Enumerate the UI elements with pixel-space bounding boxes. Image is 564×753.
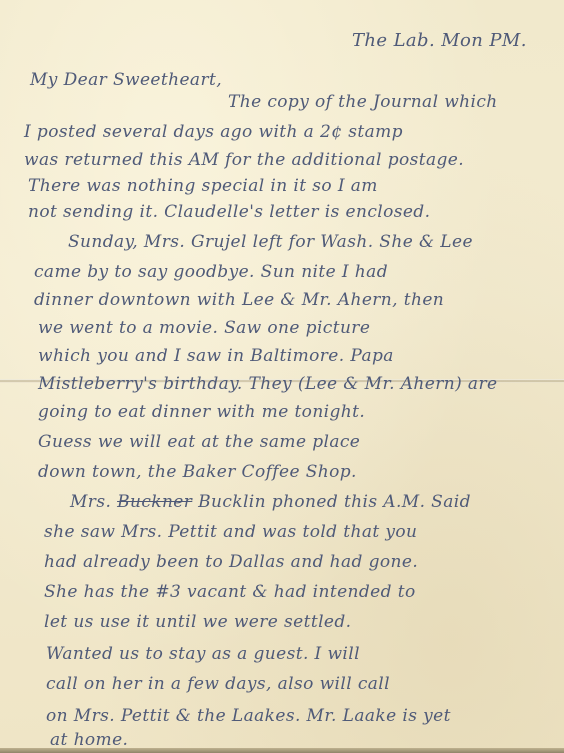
letter-line: Mistleberry's birthday. They (Lee & Mr. … — [38, 374, 497, 394]
letter-salutation: My Dear Sweetheart, — [30, 70, 222, 90]
letter-line: on Mrs. Pettit & the Laakes. Mr. Laake i… — [46, 706, 451, 726]
letter-line: at home. — [50, 730, 128, 750]
paper-bottom-edge — [0, 748, 564, 753]
letter-line: Sunday, Mrs. Grujel left for Wash. She &… — [68, 232, 473, 252]
letter-line: down town, the Baker Coffee Shop. — [38, 462, 357, 482]
letter-line: she saw Mrs. Pettit and was told that yo… — [44, 522, 417, 542]
letter-line: let us use it until we were settled. — [44, 612, 351, 632]
letter-line: we went to a movie. Saw one picture — [38, 318, 370, 338]
letter-line: was returned this AM for the additional … — [24, 150, 464, 170]
letter-line: Wanted us to stay as a guest. I will — [46, 644, 360, 664]
letter-line: call on her in a few days, also will cal… — [46, 674, 390, 694]
letter-line: not sending it. Claudelle's letter is en… — [28, 202, 430, 222]
letter-line: dinner downtown with Lee & Mr. Ahern, th… — [34, 290, 444, 310]
letter-line: came by to say goodbye. Sun nite I had — [34, 262, 388, 282]
struck-out-word: Buckner — [117, 492, 192, 512]
letter-line: There was nothing special in it so I am — [28, 176, 378, 196]
letter-line: going to eat dinner with me tonight. — [38, 402, 365, 422]
letter-line: She has the #3 vacant & had intended to — [44, 582, 416, 602]
bucklin-text: Bucklin phoned this A.M. Said — [198, 492, 471, 512]
mrs-prefix: Mrs. — [70, 492, 111, 512]
letter-line-mrs-bucklin: Mrs. Buckner Bucklin phoned this A.M. Sa… — [70, 492, 471, 512]
letter-line: Guess we will eat at the same place — [38, 432, 360, 452]
letter-line: which you and I saw in Baltimore. Papa — [38, 346, 394, 366]
letter-line: had already been to Dallas and had gone. — [44, 552, 418, 572]
letter-page: The Lab. Mon PM. My Dear Sweetheart, The… — [0, 0, 564, 753]
letter-header: The Lab. Mon PM. — [352, 30, 527, 51]
letter-line: The copy of the Journal which — [228, 92, 498, 112]
letter-line: I posted several days ago with a 2¢ stam… — [24, 122, 403, 142]
